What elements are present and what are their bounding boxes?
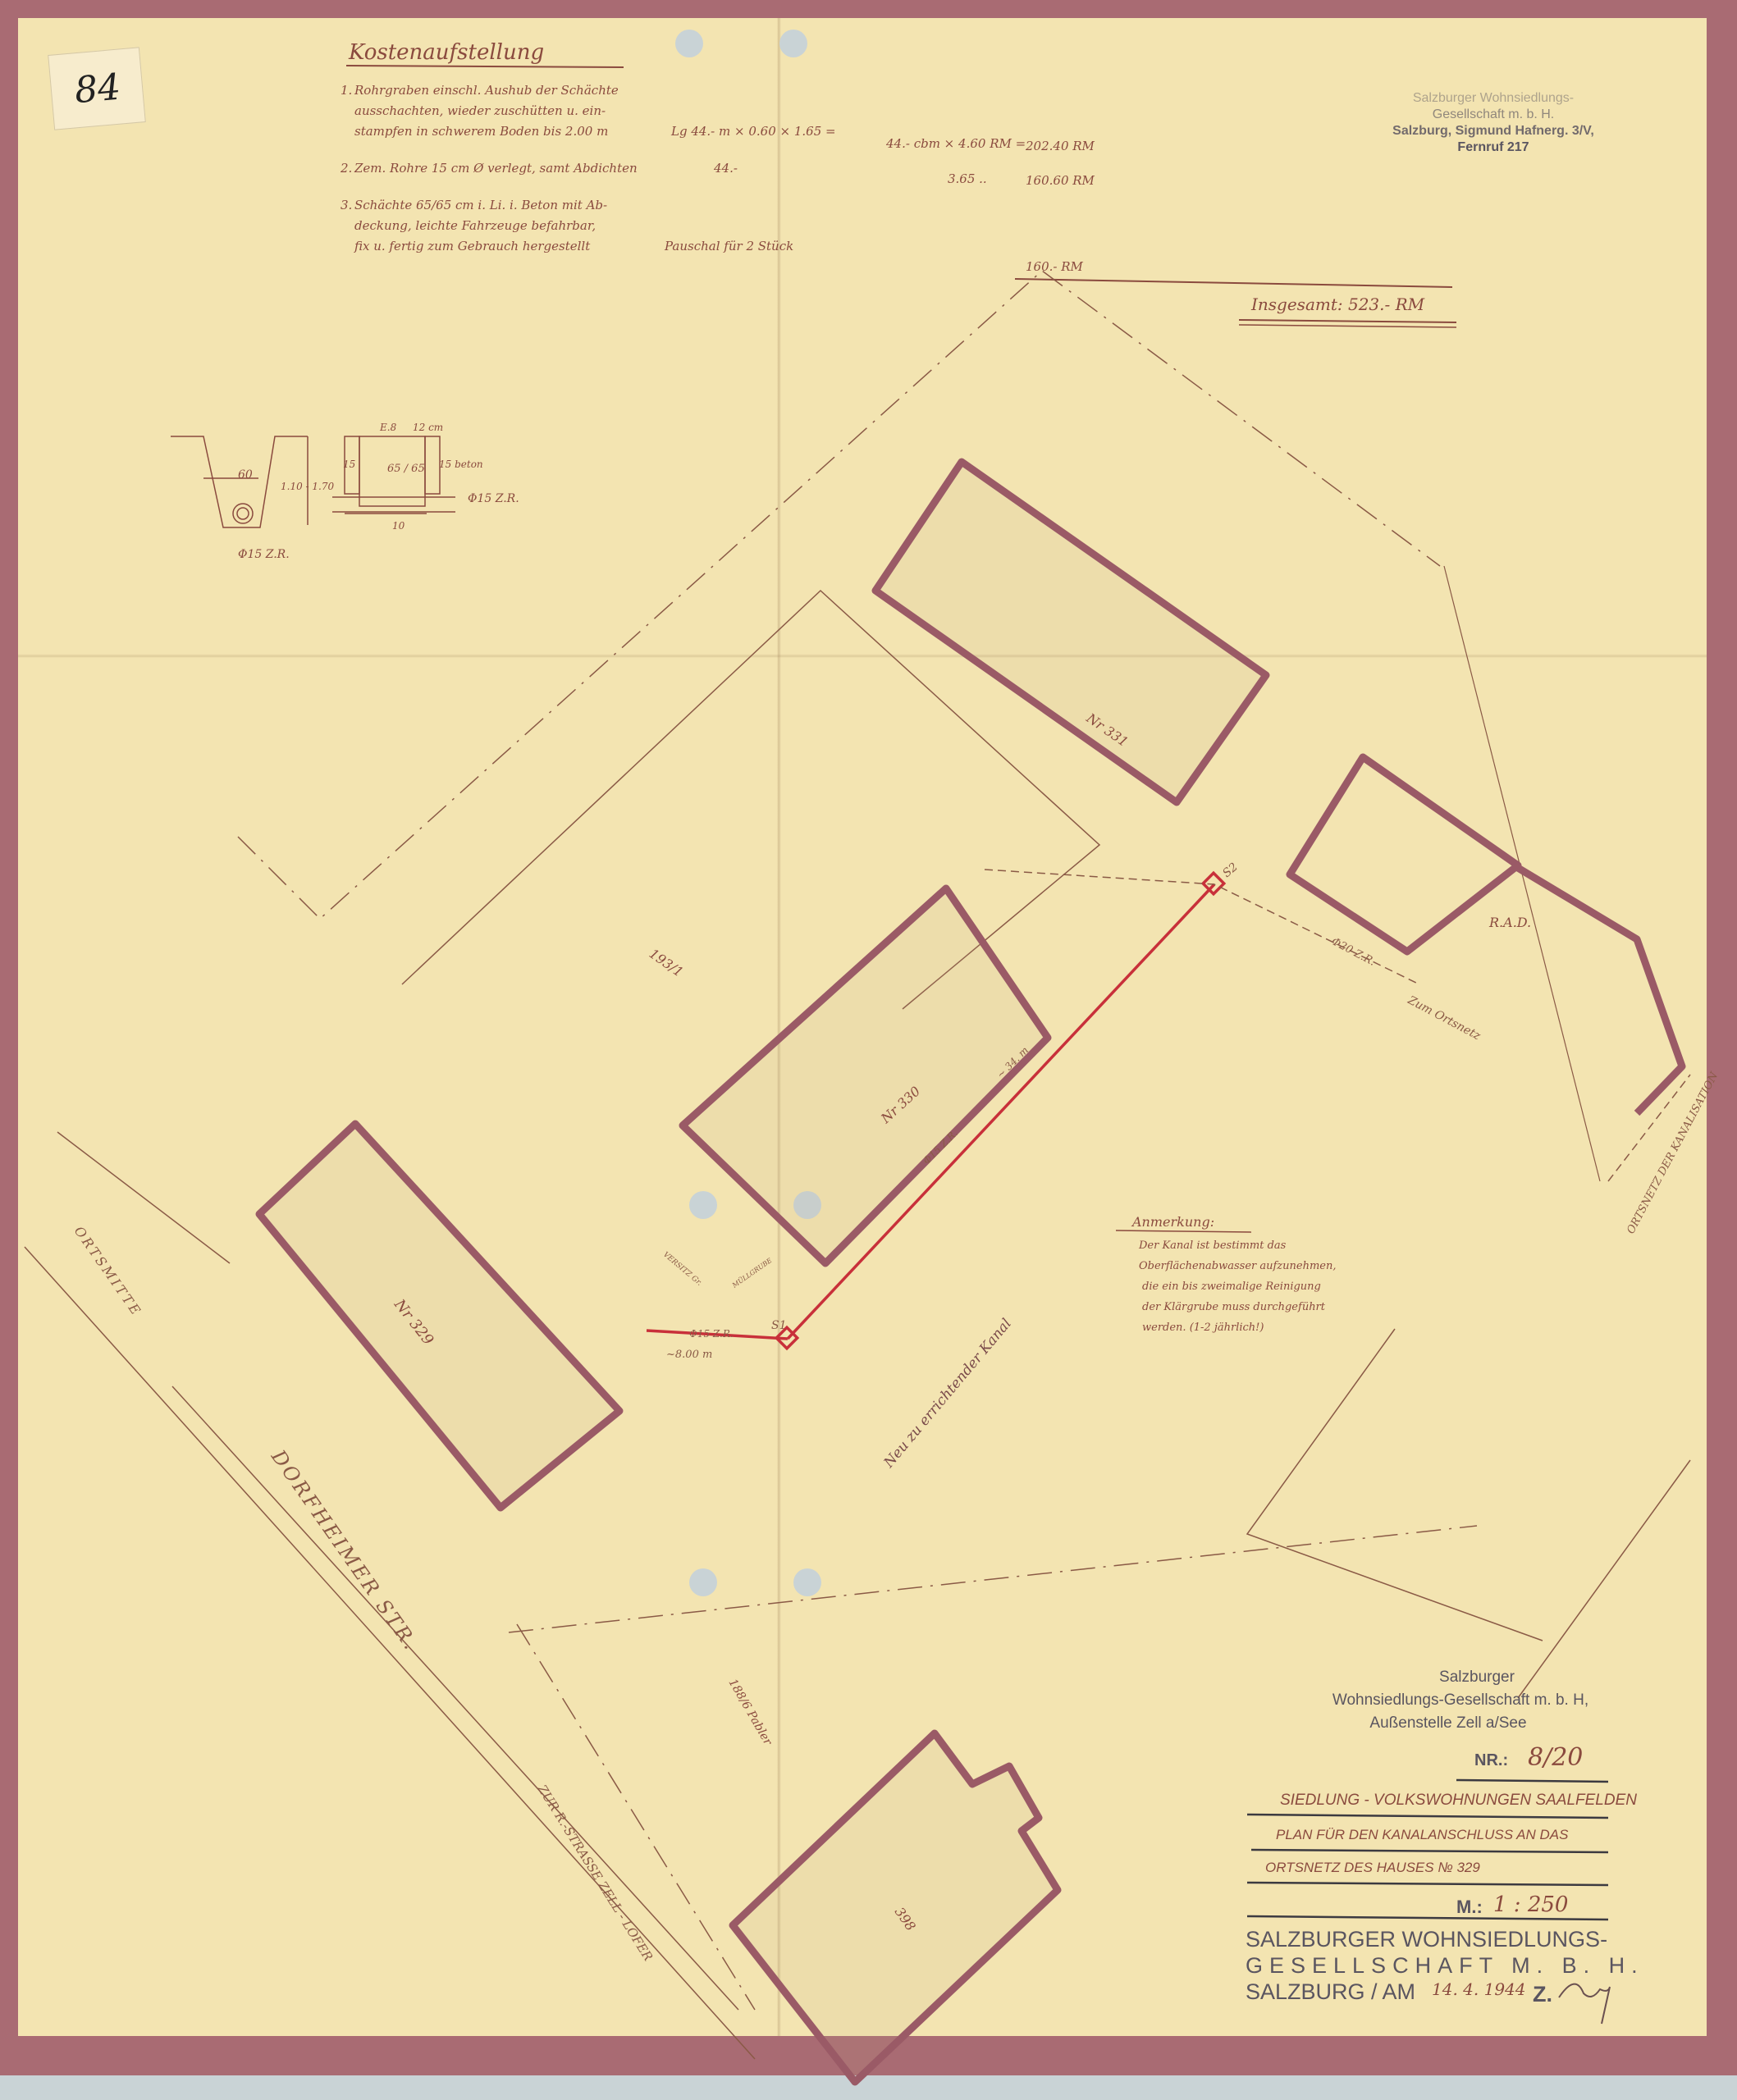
trench-section-sketch: 60 1.10 - 1.70 Φ15 Z.R. E.8 12 cm 15 65 …: [171, 422, 519, 561]
building-331: [875, 462, 1266, 802]
cost-item-3-no: 3.: [341, 198, 352, 212]
nr-label: NR.:: [1474, 1751, 1508, 1769]
scale-value: 1 : 250: [1493, 1892, 1568, 1917]
label-muellgrube: MÜLLGRUBE: [730, 1257, 773, 1290]
cost-item-2-calc: 44.-: [713, 161, 738, 176]
remark-note: Anmerkung: Der Kanal ist bestimmt das Ob…: [1116, 1214, 1336, 1334]
scale-label: M.:: [1456, 1897, 1483, 1917]
title-block: Salzburger Wohnsiedlungs-Gesellschaft m.…: [1246, 1669, 1644, 2024]
cost-item-2-amount: 160.60 RM: [1026, 173, 1095, 188]
plan-date: 14. 4. 1944: [1432, 1979, 1526, 1999]
svg-text:Gesellschaft m. b. H.: Gesellschaft m. b. H.: [1433, 107, 1555, 121]
shaft-s2: [1203, 873, 1223, 893]
company-stamp-top: Salzburger Wohnsiedlungs- Gesellschaft m…: [1392, 91, 1594, 154]
svg-text:Salzburger: Salzburger: [1439, 1669, 1515, 1686]
label-shaft-s1: S1: [771, 1319, 787, 1332]
svg-text:Φ15 Z.R.: Φ15 Z.R.: [468, 492, 519, 505]
svg-text:12 cm: 12 cm: [413, 422, 443, 433]
svg-text:Fernruf 217: Fernruf 217: [1457, 140, 1529, 154]
signature: [1559, 1984, 1610, 2024]
building-398: [733, 1733, 1058, 2082]
title-stamp: Salzburger Wohnsiedlungs-Gesellschaft m.…: [1332, 1669, 1588, 1732]
remark-heading: Anmerkung:: [1131, 1214, 1214, 1230]
svg-text:SALZBURG / AM: SALZBURG / AM: [1246, 1979, 1415, 2004]
svg-text:der Klärgrube muss durchgeführ: der Klärgrube muss durchgeführt: [1142, 1301, 1326, 1313]
cost-item-3-calc: Pauschal für 2 Stück: [664, 239, 793, 253]
svg-text:E.8: E.8: [379, 422, 397, 433]
cost-item-2-qty: 3.65 ..: [948, 171, 987, 186]
svg-text:SALZBURGER WOHNSIEDLUNGS-: SALZBURGER WOHNSIEDLUNGS-: [1246, 1927, 1607, 1952]
svg-text:Salzburg, Sigmund Hafnerg. 3/V: Salzburg, Sigmund Hafnerg. 3/V,: [1392, 124, 1594, 138]
label-shaft-s2: S2: [1220, 861, 1241, 880]
svg-text:65 / 65: 65 / 65: [387, 463, 425, 475]
svg-text:15: 15: [343, 459, 355, 470]
label-network: ORTSNETZ DER KANALISATION: [1625, 1070, 1721, 1236]
label-street-dorfheimer: DORFHEIMER STR.: [267, 1445, 423, 1655]
plan-title-line-1: PLAN FÜR DEN KANALANSCHLUSS AN DAS: [1276, 1827, 1569, 1842]
label-pipe-outlet: Φ20 Z.R.: [1329, 935, 1377, 969]
cost-item-3-line: fix u. fertig zum Gebrauch hergestellt: [354, 239, 591, 253]
cost-total: Insgesamt: 523.- RM: [1250, 294, 1425, 314]
svg-text:werden. (1-2 jährlich!): werden. (1-2 jährlich!): [1142, 1322, 1264, 1334]
label-to-network: Zum Ortsnetz: [1405, 993, 1483, 1043]
svg-text:Salzburger Wohnsiedlungs-: Salzburger Wohnsiedlungs-: [1413, 91, 1574, 105]
label-new-canal: Neu zu errichtender Kanal: [880, 1316, 1015, 1472]
label-parcel-188: 188/6 Pabler: [726, 1677, 775, 1748]
cost-item-1-line: Rohrgraben einschl. Aushub der Schächte: [354, 83, 619, 98]
cost-item-1-qty: 44.- cbm × 4.60 RM =: [885, 136, 1026, 151]
plan-title-line-2: ORTSNETZ DES HAUSES № 329: [1265, 1860, 1480, 1875]
label-parcel-193: 193/1: [647, 946, 687, 980]
svg-text:Φ15 Z.R.: Φ15 Z.R.: [238, 548, 290, 561]
cost-item-1-calc: Lg 44.- m × 0.60 × 1.65 =: [670, 124, 836, 139]
svg-text:Wohnsiedlungs-Gesellschaft m.: Wohnsiedlungs-Gesellschaft m. b. H,: [1332, 1691, 1588, 1709]
label-building-rad: R.A.D.: [1488, 915, 1531, 930]
cost-estimate: Kostenaufstellung 1. Rohrgraben einschl.…: [340, 40, 1456, 327]
project-title: SIEDLUNG - VOLKSWOHNUNGEN SAALFELDEN: [1280, 1792, 1637, 1809]
nr-value: 8/20: [1528, 1743, 1583, 1772]
label-ortsmitte: ORTSMITTE: [71, 1223, 145, 1319]
cost-item-2-no: 2.: [340, 161, 352, 176]
svg-text:60: 60: [238, 468, 253, 482]
label-pipe-branch-length: ~8.00 m: [666, 1349, 712, 1361]
svg-text:Z.: Z.: [1533, 1982, 1552, 2006]
cost-item-3-line: Schächte 65/65 cm i. Li. i. Beton mit Ab…: [354, 198, 607, 212]
building-329: [259, 1124, 619, 1508]
label-versitzgrube: VERSITZ Gr.: [661, 1251, 703, 1288]
cost-item-1-line: stampfen in schwerem Boden bis 2.00 m: [354, 124, 608, 139]
cost-item-3-amount: 160.- RM: [1026, 259, 1084, 274]
svg-text:die ein bis zweimalige Reinigu: die ein bis zweimalige Reinigung: [1142, 1281, 1321, 1293]
label-pipe-branch: Φ15 Z.R.: [689, 1328, 734, 1340]
building-rad: [1290, 757, 1518, 952]
svg-text:Außenstelle Zell a/See: Außenstelle Zell a/See: [1369, 1714, 1526, 1732]
svg-text:15 beton: 15 beton: [439, 459, 483, 470]
cost-item-1-line: ausschachten, wieder zuschütten u. ein-: [354, 103, 606, 118]
outlet-pipe: [985, 870, 1690, 1181]
svg-text:Oberflächenabwasser aufzunehme: Oberflächenabwasser aufzunehmen,: [1139, 1260, 1336, 1272]
label-street-zell-lofer: ZUR R.-STRASSE ZELL - LOFER: [534, 1782, 656, 1964]
cost-heading: Kostenaufstellung: [348, 40, 544, 65]
building-330: [683, 888, 1048, 1263]
cost-item-1-amount: 202.40 RM: [1025, 139, 1095, 153]
site-plan-drawing: Kostenaufstellung 1. Rohrgraben einschl.…: [0, 0, 1737, 2100]
svg-text:10: 10: [392, 520, 405, 532]
svg-text:GESELLSCHAFT M. B. H.: GESELLSCHAFT M. B. H.: [1246, 1953, 1644, 1978]
svg-text:1.10 - 1.70: 1.10 - 1.70: [281, 481, 334, 492]
cost-item-1-no: 1.: [341, 83, 352, 98]
cost-item-3-line: deckung, leichte Fahrzeuge befahrbar,: [354, 218, 596, 233]
svg-text:Der Kanal ist bestimmt das: Der Kanal ist bestimmt das: [1138, 1239, 1287, 1252]
cost-item-2-line: Zem. Rohre 15 cm Ø verlegt, samt Abdicht…: [354, 161, 638, 176]
